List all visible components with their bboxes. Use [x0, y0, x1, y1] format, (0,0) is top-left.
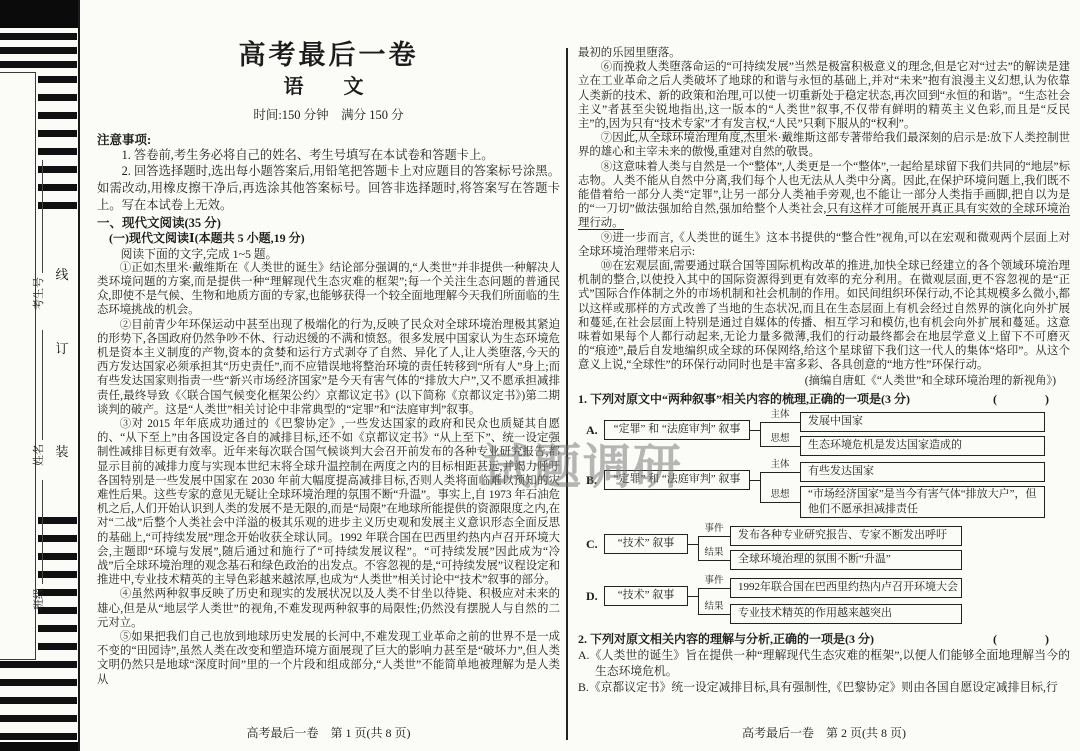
- narrative-diagram: A. “定罪” 和 “法庭审判” 叙事 主体 发展中国家 思想 生态环境危机是发…: [578, 412, 1070, 628]
- passage-paragraph: ③对 2015 年年底成功通过的《巴黎协定》,一些发达国家的政府和民众也质疑其自…: [97, 417, 560, 587]
- branch-label: 事件: [696, 575, 732, 588]
- exam-sheet: 考生号 姓名 班级 线 订 装 高考最后一卷 语 文 时间:150 分钟 满分 …: [0, 0, 1080, 751]
- sidebar-border-line: [78, 0, 80, 751]
- connector-line: [760, 422, 761, 446]
- question-2: 2. 下列对原文相关内容的理解与分析,正确的一项是(3 分) ( ): [578, 631, 1070, 647]
- diagram-left-box: “定罪” 和 “法庭审判” 叙事: [604, 420, 750, 440]
- branch-label: 主体: [762, 459, 798, 472]
- diagram-left-box: “技术” 叙事: [604, 534, 688, 554]
- question-stem: 2. 下列对原文相关内容的理解与分析,正确的一项是(3 分): [578, 631, 874, 647]
- binding-char-ding: 订: [46, 338, 78, 357]
- diagram-left-box: “技术” 叙事: [604, 586, 688, 606]
- diagram-box: 发布各种专业研究报告、专家不断发出呼吁: [730, 526, 962, 546]
- connector-line: [698, 536, 730, 537]
- exam-title: 高考最后一卷: [97, 48, 560, 62]
- binding-black-bottom: [0, 742, 78, 751]
- time-limit: 时间:150 分钟 满分 150 分: [97, 108, 560, 122]
- notice-heading: 注意事项:: [97, 133, 560, 147]
- diagram-letter: B.: [586, 474, 597, 487]
- connector-line: [698, 560, 730, 561]
- reading-instruction: 阅读下面的文字,完成 1~5 题。: [97, 247, 560, 261]
- diagram-letter: A.: [586, 424, 598, 437]
- passage-paragraph: ⑤如果把我们自己也放到地球历史发展的长河中,不难发现工业革命之前的世界不是一成不…: [97, 630, 560, 687]
- branch-label: 思想: [762, 489, 798, 502]
- branch-label: 主体: [762, 409, 798, 422]
- binding-char-zhuang: 装: [46, 441, 78, 460]
- fill-line: [33, 160, 43, 273]
- connector-line: [750, 430, 760, 431]
- page-footer: 高考最后一卷 第 2 页(共 8 页): [578, 726, 1070, 740]
- branch-label: 思想: [762, 433, 798, 446]
- question-stem: 1. 下列对原文中“两种叙事”相关内容的梳理,正确的一项是(3 分): [578, 391, 910, 407]
- name-label: 姓名: [30, 444, 46, 466]
- fill-line: [33, 330, 43, 440]
- binding-black-top: [0, 0, 78, 28]
- attribution: (摘编自唐虹《“人类世”和全球环境治理的新视角》): [578, 374, 1070, 388]
- option-b: B.《京都议定书》统一设定减排目标,具有强制性,《巴黎协定》则由各国自愿设定减排…: [578, 679, 1070, 695]
- section-heading: 一、现代文阅读(35 分): [97, 216, 560, 230]
- binding-marks-top: [0, 33, 77, 69]
- para6-post: ,“人民”只剩下服从的“权利”。: [767, 118, 915, 130]
- diagram-box: 有些发达国家: [800, 462, 1045, 482]
- name-field: 姓名: [30, 330, 46, 466]
- connector-line: [688, 544, 698, 545]
- subsection-heading: (一)现代文阅读Ⅰ(本题共 5 小题,19 分): [97, 231, 560, 245]
- passage-paragraph: ⑨进一步而言,《人类世的诞生》这本书提供的“整合性”视角,可以在宏观和微观两个层…: [578, 231, 1070, 259]
- diagram-box: 全球环境治理的氛围不断“升温”: [730, 550, 962, 570]
- diagram-left-box: “定罪” 和 “法庭审判” 叙事: [604, 470, 750, 490]
- fill-line: [33, 480, 43, 584]
- passage-paragraph: ⑧这意味着人类与自然是一个“整体”,人类更是一个“整体”,一起给星球留下我们共同…: [578, 160, 1070, 231]
- diagram-box: “市场经济国家”是当今有害气体“排放大户”，但他们不愿承担减排责任: [800, 486, 1045, 518]
- answer-bracket: ( ): [993, 631, 1070, 647]
- passage-paragraph: ④虽然两种叙事反映了历史和现实的发展状况以及人类不甘坐以待毙、积极应对未来的雄心…: [97, 587, 560, 630]
- passage-paragraph: ⑩在宏观层面,需要通过联合国等国际机构改革的推进,加快全球已经建立的各个领域环境…: [578, 259, 1070, 373]
- passage-paragraph: ⑦因此,从全球环境治理角度,杰里米·戴维斯这部专著带给我们最深刻的启示是:放下人…: [578, 131, 1070, 159]
- connector-line: [760, 472, 761, 502]
- para6-underlined: 只有“技术专家”才有发言权: [631, 118, 766, 131]
- page-footer: 高考最后一卷 第 1 页(共 8 页): [97, 726, 560, 740]
- reading-passage: ①正如杰里米·戴维斯在《人类世的诞生》结论部分强调的,“人类世”并非提供一种解决…: [97, 261, 560, 687]
- branch-label: 结果: [696, 547, 732, 560]
- diagram-letter: C.: [586, 538, 598, 551]
- passage-paragraph: ②目前青少年环保运动中甚至出现了极端化的行为,反映了民众对全球环境治理极其紧迫的…: [97, 318, 560, 417]
- branch-label: 结果: [696, 601, 732, 614]
- option-a: A.《人类世的诞生》旨在提供一种“理解现代生态灾难的框架”,以便人们能够全面地理…: [578, 647, 1070, 679]
- class-label: 班级: [30, 588, 46, 610]
- page-2: 最初的乐园里堕落。 ⑥而挽救人类堕落命运的“可持续发展”当然是极富积极意义的理念…: [578, 0, 1070, 751]
- diagram-box: 生态环境危机是发达国家造成的: [800, 436, 1045, 456]
- subject-title: 语 文: [97, 80, 560, 94]
- candidate-number-label: 考生号: [30, 277, 46, 310]
- passage-paragraph: ⑥而挽救人类堕落命运的“可持续发展”当然是极富积极意义的理念,但是它对“过去”的…: [578, 60, 1070, 131]
- connector-line: [760, 446, 800, 447]
- reading-passage-continued: 最初的乐园里堕落。 ⑥而挽救人类堕落命运的“可持续发展”当然是极富积极意义的理念…: [578, 46, 1070, 373]
- notice-item: 1. 答卷前,考生务必将自己的姓名、考生号填写在本试卷和答题卡上。: [97, 147, 560, 164]
- page-1: 高考最后一卷 语 文 时间:150 分钟 满分 150 分 注意事项: 1. 答…: [97, 0, 560, 751]
- connector-line: [698, 614, 730, 615]
- diagram-box: 1992年联合国在巴西里约热内卢召开环境大会: [730, 578, 962, 598]
- diagram-box: 专业技术精英的作用越来越突出: [730, 604, 962, 624]
- connector-line: [760, 472, 800, 473]
- connector-line: [750, 480, 760, 481]
- connector-line: [698, 588, 730, 589]
- class-field: 班级: [30, 480, 46, 610]
- diagram-box: 发展中国家: [800, 412, 1045, 432]
- passage-continuation: 最初的乐园里堕落。: [578, 46, 1070, 60]
- binding-char-xian: 线: [46, 264, 78, 283]
- connector-line: [688, 596, 698, 597]
- binding-marks-bottom: [0, 661, 77, 741]
- notice-item: 2. 回答选择题时,选出每小题答案后,用铅笔把答题卡上对应题目的答案标号涂黑。如…: [97, 163, 560, 213]
- passage-paragraph: ①正如杰里米·戴维斯在《人类世的诞生》结论部分强调的,“人类世”并非提供一种解决…: [97, 261, 560, 318]
- sidebar-rule-top: [0, 72, 36, 73]
- sidebar-rule-bottom: [0, 659, 36, 660]
- candidate-number-field: 考生号: [30, 160, 46, 310]
- diagram-letter: D.: [586, 590, 598, 603]
- connector-line: [760, 422, 800, 423]
- page-divider: [566, 48, 568, 740]
- answer-bracket: ( ): [993, 391, 1070, 407]
- question-1: 1. 下列对原文中“两种叙事”相关内容的梳理,正确的一项是(3 分) ( ): [578, 391, 1070, 407]
- connector-line: [760, 502, 800, 503]
- branch-label: 事件: [696, 523, 732, 536]
